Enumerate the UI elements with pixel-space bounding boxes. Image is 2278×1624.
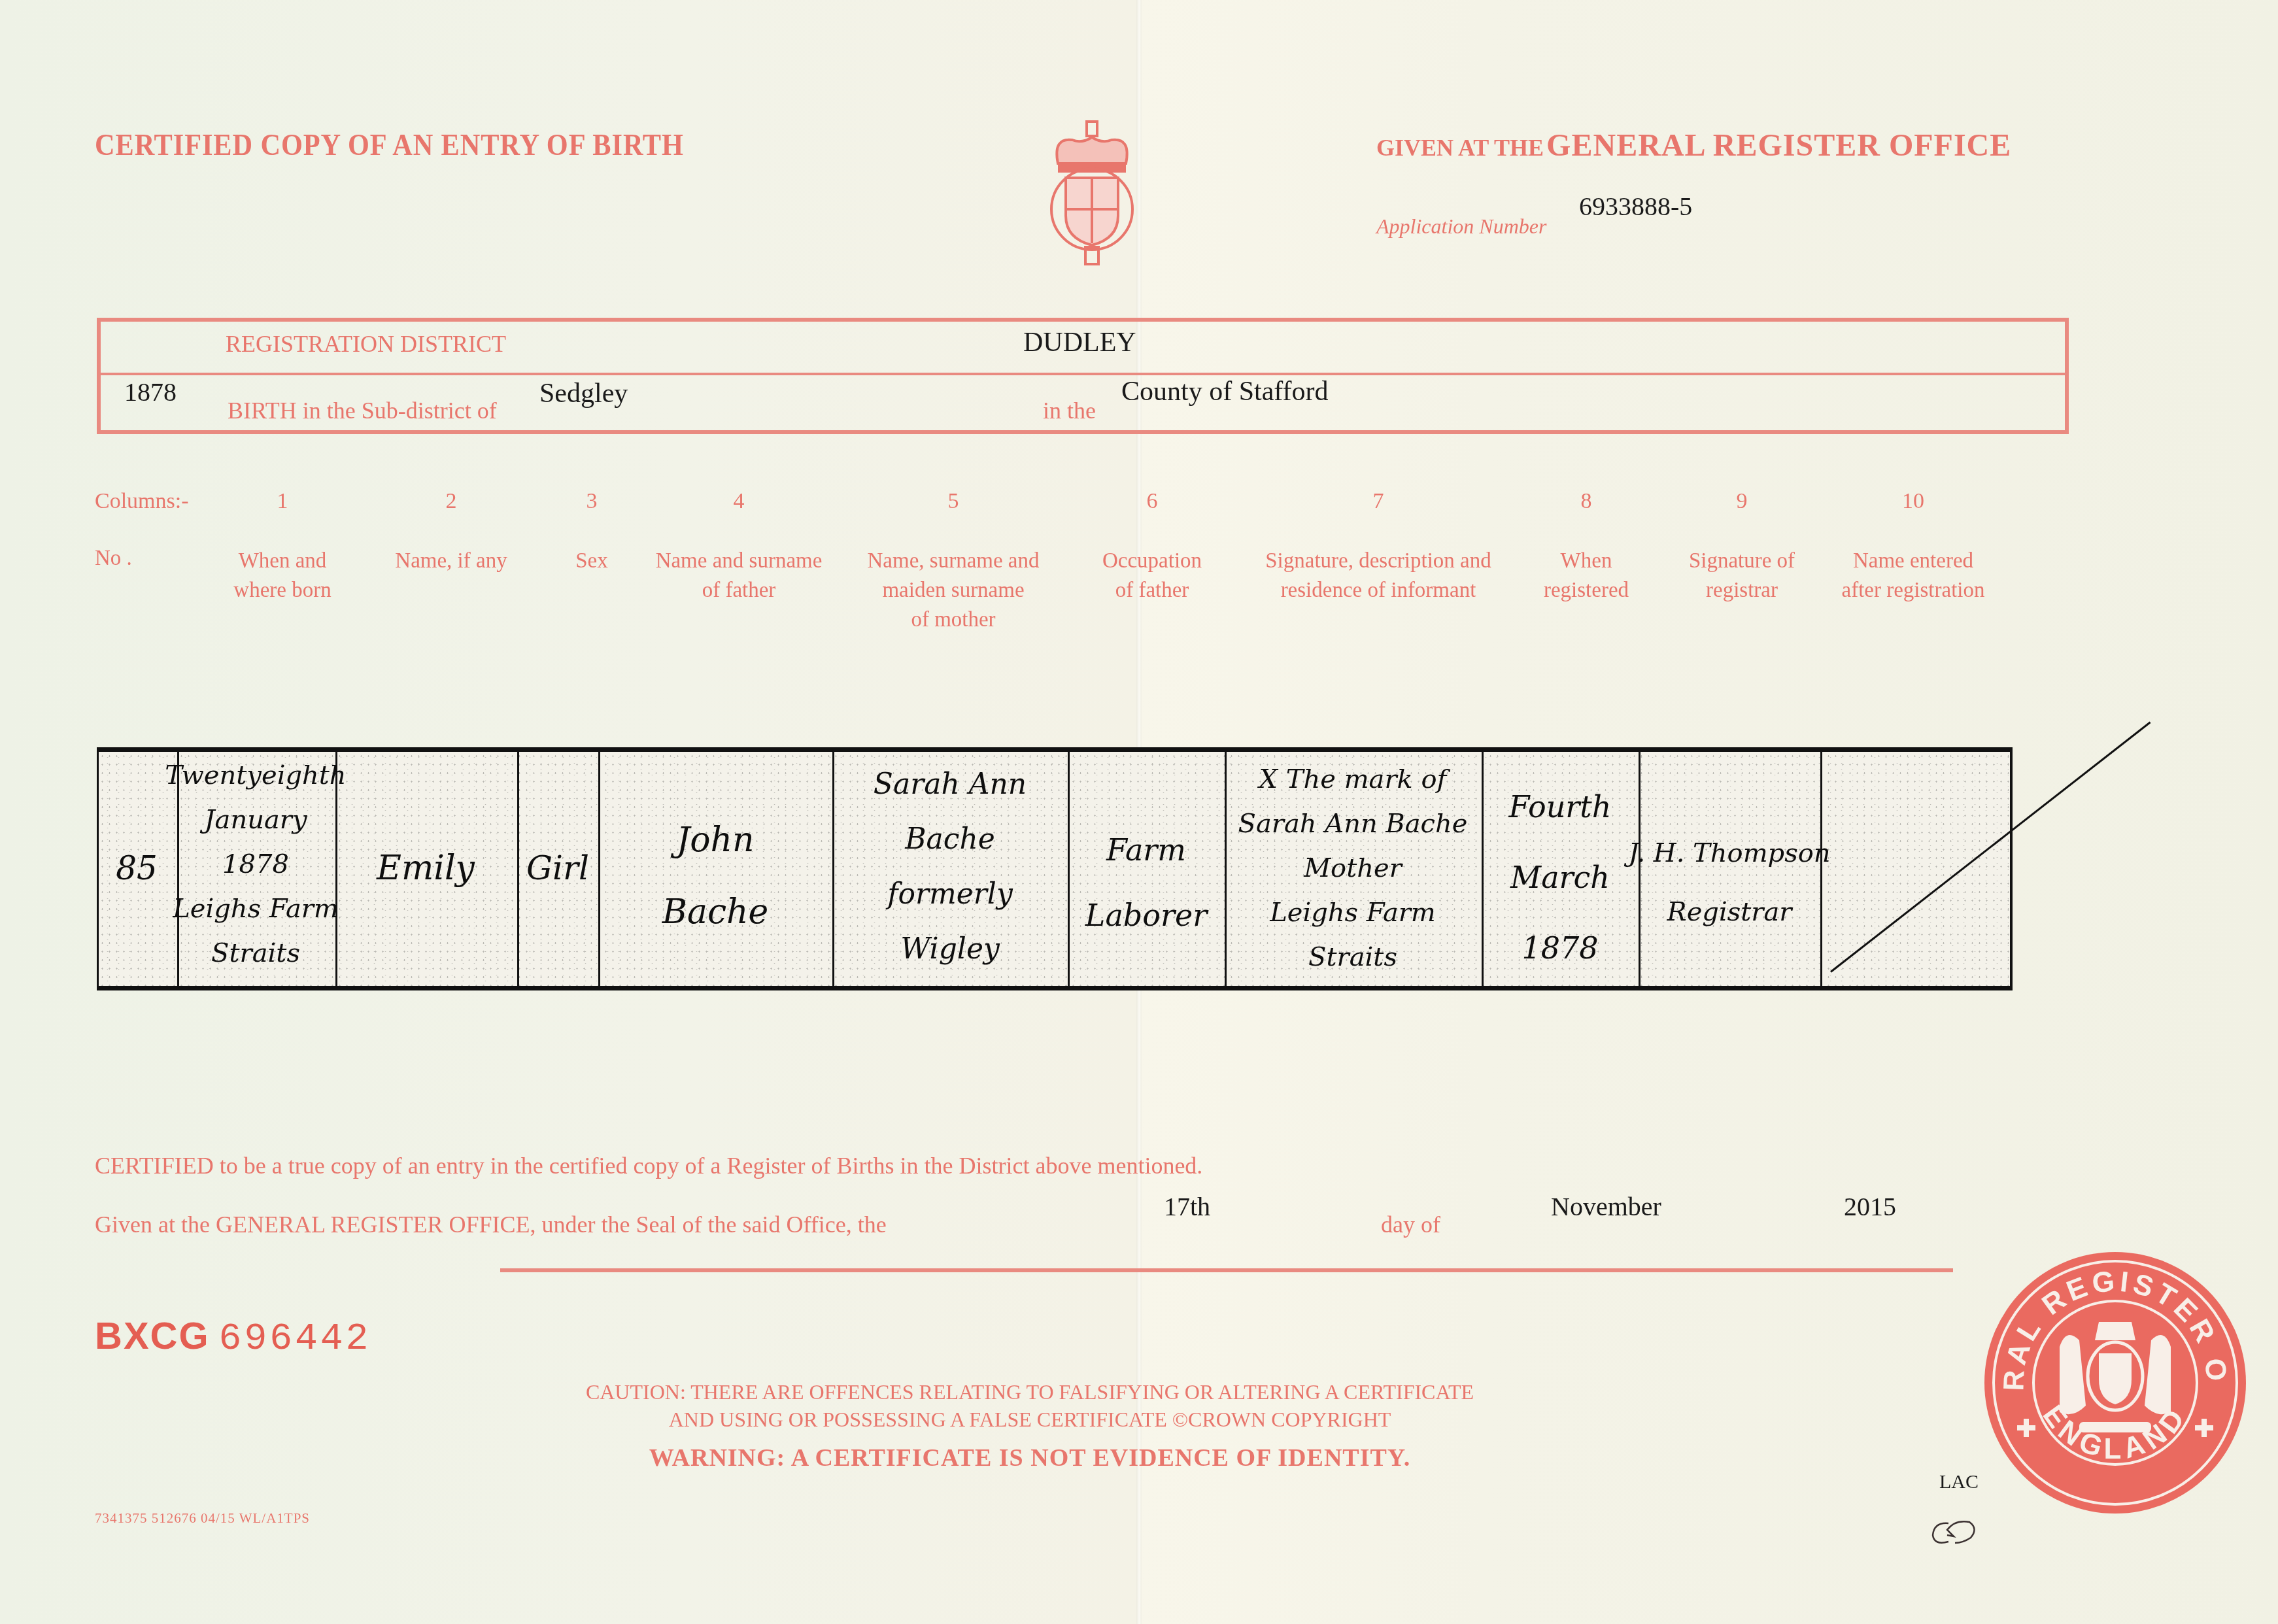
entry-child-name: Emily [377,850,475,887]
column-header-3-line1: Sex [575,547,608,576]
column-number-2: 2 [446,489,457,514]
registered-month: March [1509,842,1612,913]
column-header-7-line1: Signature, description and [1265,547,1491,576]
column-number-7: 7 [1373,489,1384,514]
born-locality: Straits [165,931,346,975]
column-header-9: Signature of registrar [1689,547,1795,605]
birth-entry-row: 85 Twentyeighth January 1878 Leighs Farm… [97,747,2013,990]
born-place: Leighs Farm [165,887,346,931]
registration-district-label: REGISTRATION DISTRICT [226,330,506,358]
born-year: 1878 [165,842,346,887]
column-header-9-line1: Signature of [1689,547,1795,576]
issue-day: 17th [1164,1191,1210,1222]
signature-line [500,1268,1953,1272]
handwritten-initials-icon [1929,1515,1981,1548]
entry-sex: Girl [526,850,589,887]
registration-district-value: DUDLEY [1023,327,1136,358]
informant-mark: X The mark of [1238,757,1468,802]
column-header-4: Name and surname of father [656,547,823,605]
caution-notice: CAUTION: THERE ARE OFFENCES RELATING TO … [523,1378,1537,1433]
column-header-10-line1: Name entered [1842,547,1985,576]
registered-day: Fourth [1509,771,1612,842]
column-number-10: 10 [1902,489,1924,514]
mother-surname: Bache [874,812,1027,867]
column-header-10-line2: after registration [1842,576,1985,605]
column-header-1-line1: When and [233,547,331,576]
column-number-9: 9 [1737,489,1748,514]
caution-line2: AND USING OR POSSESSING A FALSE CERTIFIC… [523,1406,1537,1433]
serial-number: 696442 [219,1318,371,1361]
entry-divider [517,752,519,986]
column-header-5-line2: maiden surname [868,576,1040,605]
mother-maiden-surname: Wigley [874,922,1027,977]
column-header-8-line2: registered [1544,576,1629,605]
county-value: County of Stafford [1121,376,1329,407]
entry-number: 85 [116,850,158,887]
column-number-4: 4 [734,489,745,514]
column-header-8-line1: When [1544,547,1629,576]
column-number-5: 5 [948,489,959,514]
column-header-4-line2: of father [656,576,823,605]
father-surname: Bache [662,876,769,948]
royal-crest-icon [1040,118,1144,268]
in-the-label: in the [1043,397,1096,424]
column-header-6-line1: Occupation [1102,547,1202,576]
entry-when-registered: Fourth March 1878 [1509,771,1612,983]
column-numbers: 1 2 3 4 5 6 7 8 9 10 [0,489,2278,522]
born-month: January [165,798,346,842]
column-header-2: Name, if any [395,547,507,576]
entry-informant: X The mark of Sarah Ann Bache Mother Lei… [1238,757,1468,979]
entry-mother-name: Sarah Ann Bache formerly Wigley [874,757,1027,977]
column-header-4-line1: Name and surname [656,547,823,576]
column-header-6-line2: of father [1102,576,1202,605]
general-register-office-seal-icon: GENERAL REGISTER OFFICE ENGLAND [1981,1249,2249,1517]
issue-year: 2015 [1844,1191,1896,1222]
column-number-8: 8 [1581,489,1592,514]
application-number: 6933888-5 [1579,191,1692,222]
entry-when-where-born: Twentyeighth January 1878 Leighs Farm St… [165,753,346,975]
certificate-title: CERTIFIED COPY OF AN ENTRY OF BIRTH [95,127,684,162]
column-header-2-line1: Name, if any [395,547,507,576]
subdistrict-value: Sedgley [539,378,628,409]
issue-month: November [1551,1191,1661,1222]
column-header-no: No . [95,547,132,571]
entry-father-name: John Bache [662,804,769,948]
application-number-label: Application Number [1376,214,1546,239]
column-number-6: 6 [1147,489,1158,514]
column-header-7: Signature, description and residence of … [1265,547,1491,605]
entry-divider [832,752,834,986]
informant-name: Sarah Ann Bache [1238,802,1468,846]
certification-statement: CERTIFIED to be a true copy of an entry … [95,1152,1202,1179]
informant-description: Mother [1238,846,1468,890]
given-at-statement: Given at the GENERAL REGISTER OFFICE, un… [95,1211,887,1238]
column-number-1: 1 [277,489,288,514]
registrar-name: J. H. Thompson [1628,824,1830,883]
occupation-line1: Farm [1085,817,1207,883]
father-forename: John [662,804,769,876]
subdistrict-label: BIRTH in the Sub-district of [228,397,497,424]
column-header-5: Name, surname and maiden surname of moth… [868,547,1040,635]
given-at-prefix: GIVEN AT THE [1376,135,1544,161]
informant-locality: Straits [1238,935,1468,979]
registration-year: 1878 [124,377,177,407]
registered-year: 1878 [1509,913,1612,983]
column-header-6: Occupation of father [1102,547,1202,605]
column-header-10: Name entered after registration [1842,547,1985,605]
serial-prefix: BXCG [95,1315,210,1357]
given-at-office: GENERAL REGISTER OFFICE [1546,128,2011,163]
column-number-3: 3 [586,489,598,514]
entry-father-occupation: Farm Laborer [1085,817,1207,948]
entry-divider [1225,752,1227,986]
column-header-7-line2: residence of informant [1265,576,1491,605]
print-code: 7341375 512676 04/15 WL/A1TPS [95,1510,310,1527]
column-header-3: Sex [575,547,608,576]
lac-code: LAC [1939,1471,1979,1493]
mother-forenames: Sarah Ann [874,757,1027,812]
occupation-line2: Laborer [1085,883,1207,948]
entry-divider [1482,752,1484,986]
entry-registrar-signature: J. H. Thompson Registrar [1628,824,1830,941]
column-header-1-line2: where born [233,576,331,605]
mother-formerly: formerly [874,867,1027,922]
born-day: Twentyeighth [165,753,346,798]
caution-line1: CAUTION: THERE ARE OFFENCES RELATING TO … [523,1378,1537,1406]
registrar-title: Registrar [1628,883,1830,941]
entry-divider [1068,752,1070,986]
column-header-5-line3: of mother [868,605,1040,635]
certificate-serial: BXCG696442 [95,1314,371,1361]
district-box-divider [101,373,2065,375]
column-header-1: When and where born [233,547,331,605]
column-header-9-line2: registrar [1689,576,1795,605]
day-of-label: day of [1381,1211,1440,1238]
identity-warning: WARNING: A CERTIFICATE IS NOT EVIDENCE O… [523,1444,1537,1472]
entry-divider [598,752,600,986]
column-header-5-line1: Name, surname and [868,547,1040,576]
column-header-8: When registered [1544,547,1629,605]
given-at-heading: GIVEN AT THE GENERAL REGISTER OFFICE [1376,127,2011,163]
informant-residence: Leighs Farm [1238,890,1468,935]
